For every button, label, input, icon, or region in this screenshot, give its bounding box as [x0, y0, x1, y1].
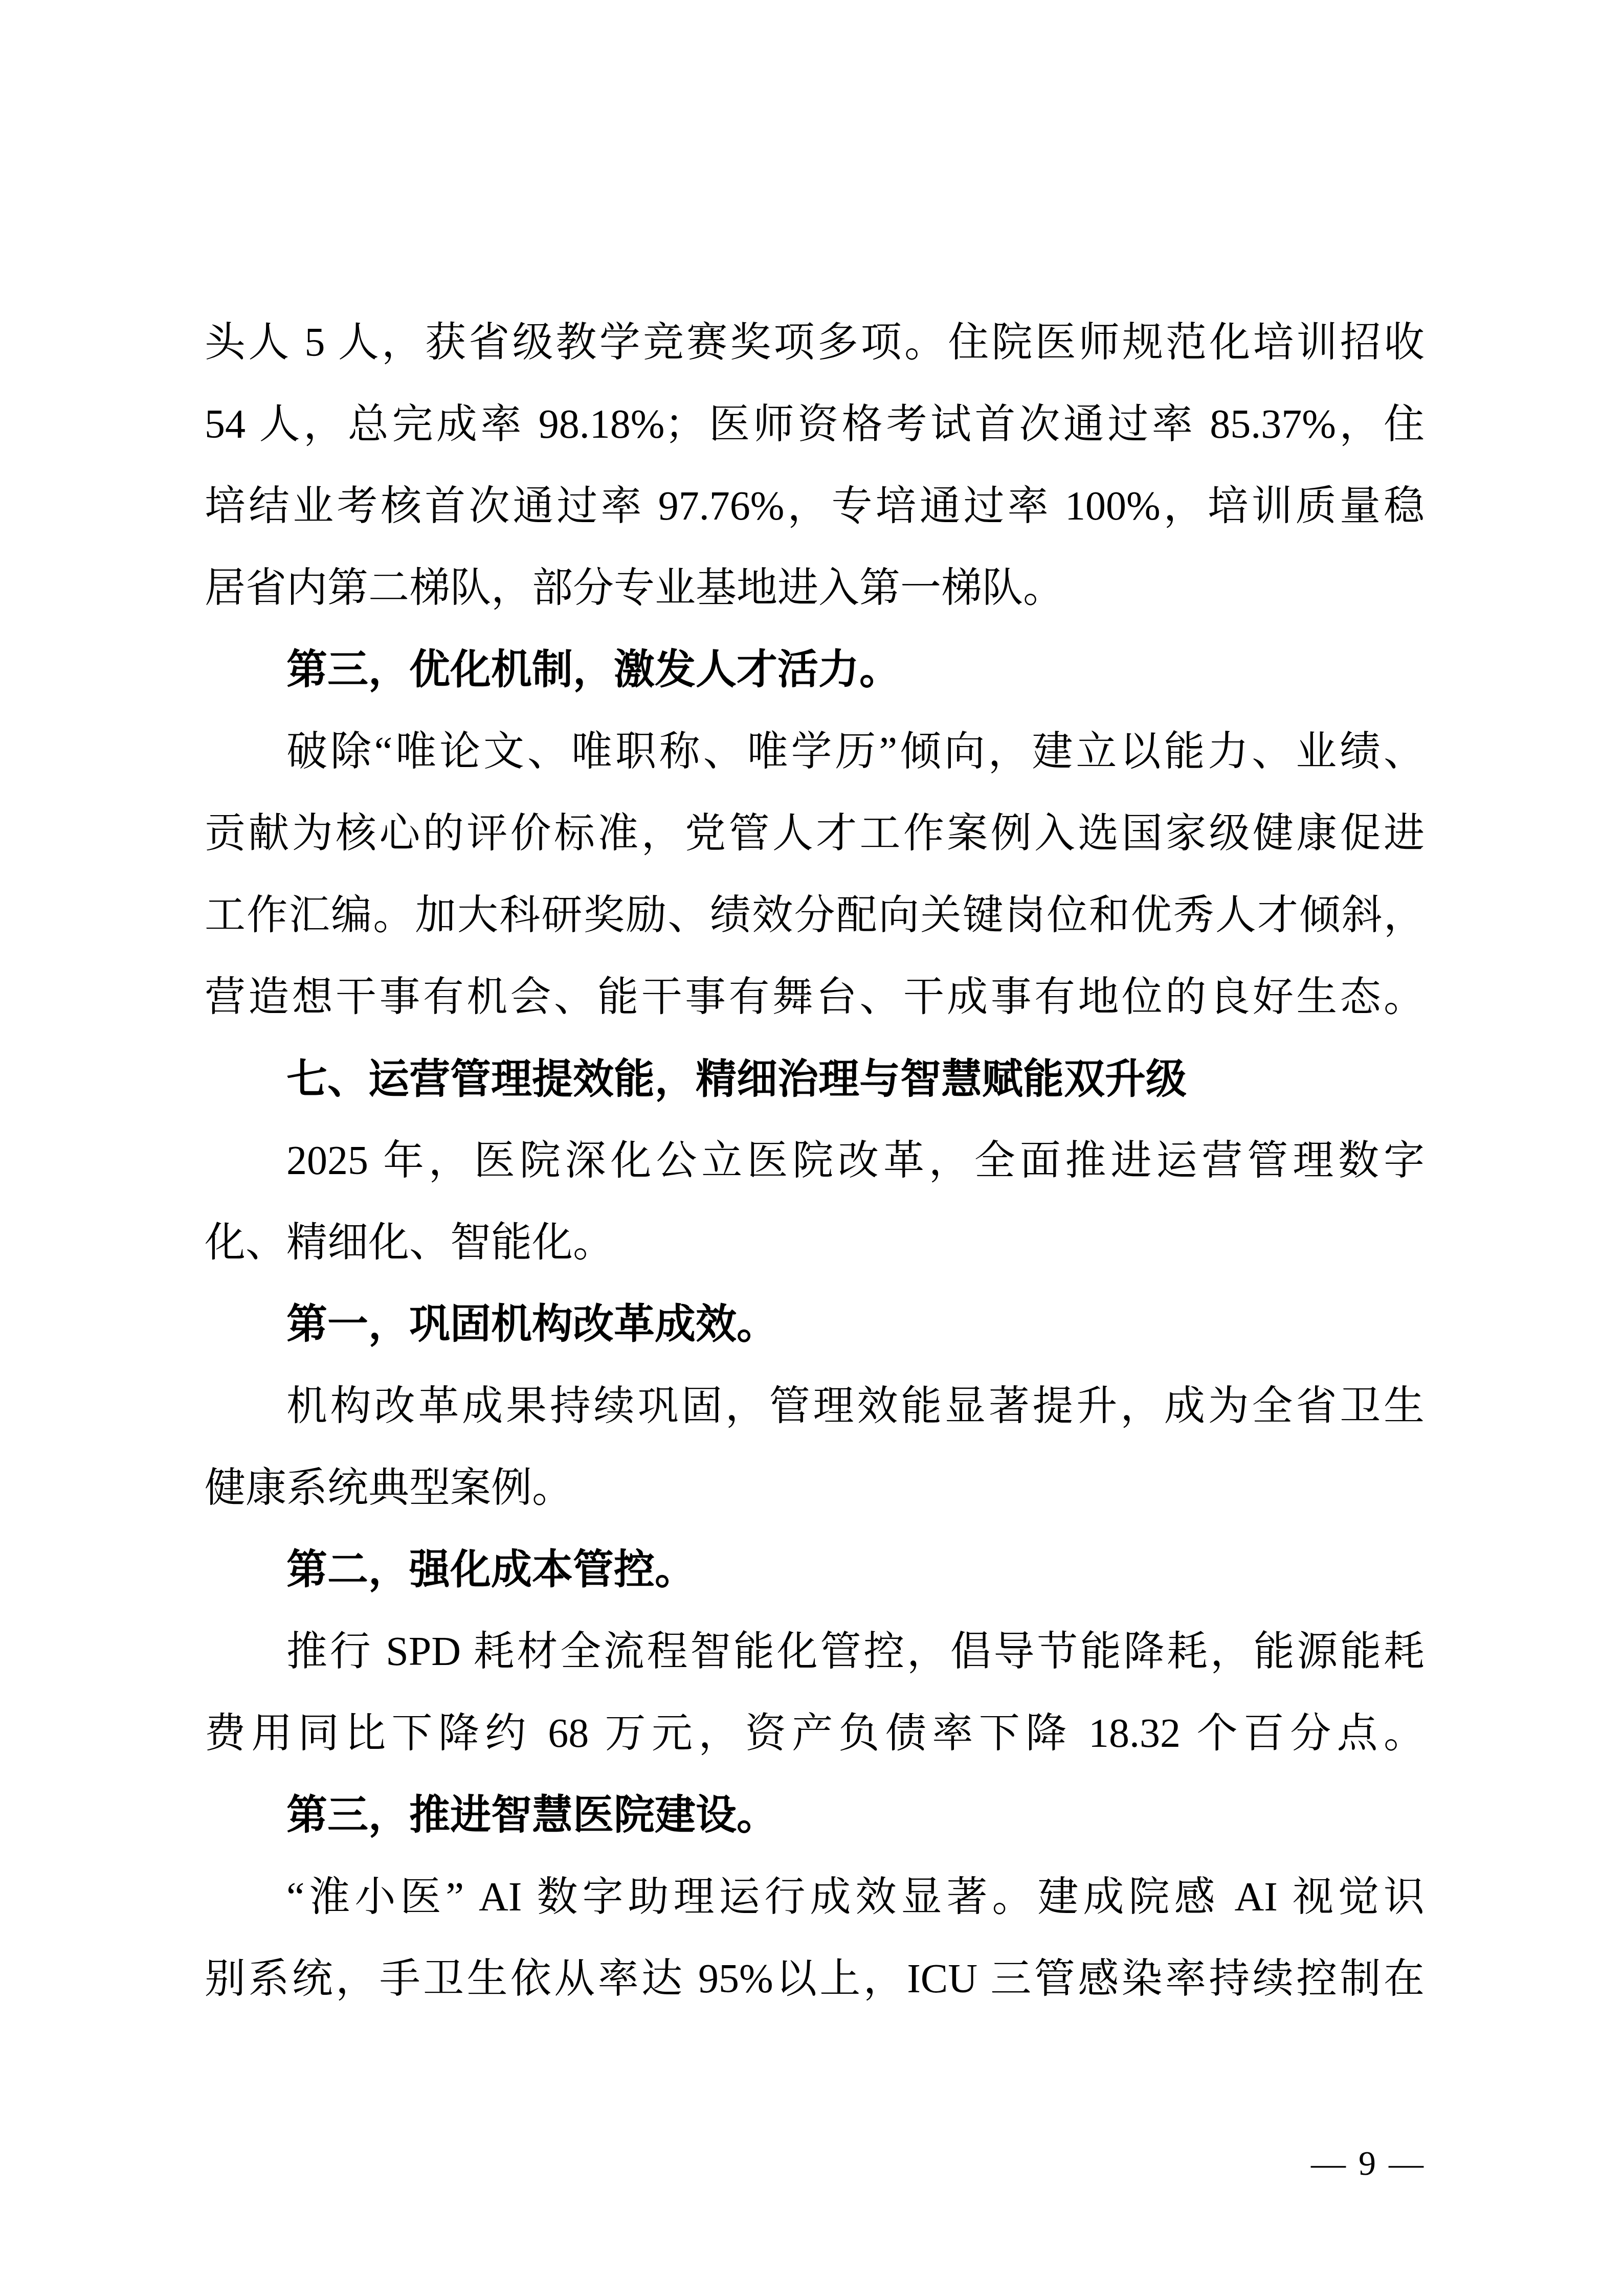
text-line: 2025 年，医院深化公立医院改革，全面推进运营管理数字 [205, 1120, 1425, 1202]
page-number: — 9 — [205, 2137, 1426, 2189]
text-line: “淮小医” AI 数字助理运行成效显著。建成院感 AI 视觉识 [205, 1856, 1425, 1938]
text-line: 费用同比下降约 68 万元，资产负债率下降 18.32 个百分点。 [205, 1693, 1425, 1774]
text-line: 别系统，手卫生依从率达 95%以上，ICU 三管感染率持续控制在 [205, 1938, 1425, 2020]
section-heading: 第一，巩固机构改革成效。 [205, 1284, 1425, 1365]
document-page: 头人 5 人，获省级教学竞赛奖项多项。住院医师规范化培训招收 54 人，总完成率… [0, 0, 1624, 2296]
text-line: 破除“唯论文、唯职称、唯学历”倾向，建立以能力、业绩、 [205, 711, 1425, 793]
text-line: 机构改革成果持续巩固，管理效能显著提升，成为全省卫生 [205, 1365, 1425, 1447]
text-line: 贡献为核心的评价标准，党管人才工作案例入选国家级健康促进 [205, 793, 1425, 874]
chapter-heading: 七、运营管理提效能，精细治理与智慧赋能双升级 [205, 1038, 1425, 1120]
section-heading: 第三，推进智慧医院建设。 [205, 1774, 1425, 1856]
text-line: 居省内第二梯队，部分专业基地进入第一梯队。 [205, 547, 1425, 629]
text-line: 头人 5 人，获省级教学竞赛奖项多项。住院医师规范化培训招收 [205, 302, 1425, 384]
text-line: 培结业考核首次通过率 97.76%，专培通过率 100%，培训质量稳 [205, 465, 1425, 547]
text-line: 推行 SPD 耗材全流程智能化管控，倡导节能降耗，能源能耗 [205, 1611, 1425, 1693]
text-line: 营造想干事有机会、能干事有舞台、干成事有地位的良好生态。 [205, 956, 1425, 1038]
text-line: 健康系统典型案例。 [205, 1447, 1425, 1529]
section-heading: 第三，优化机制，激发人才活力。 [205, 629, 1425, 711]
section-heading: 第二，强化成本管控。 [205, 1529, 1425, 1611]
document-body: 头人 5 人，获省级教学竞赛奖项多项。住院医师规范化培训招收 54 人，总完成率… [205, 302, 1425, 2020]
text-line: 化、精细化、智能化。 [205, 1202, 1425, 1284]
text-line: 54 人，总完成率 98.18%；医师资格考试首次通过率 85.37%，住 [205, 384, 1425, 465]
text-line: 工作汇编。加大科研奖励、绩效分配向关键岗位和优秀人才倾斜， [205, 874, 1425, 956]
